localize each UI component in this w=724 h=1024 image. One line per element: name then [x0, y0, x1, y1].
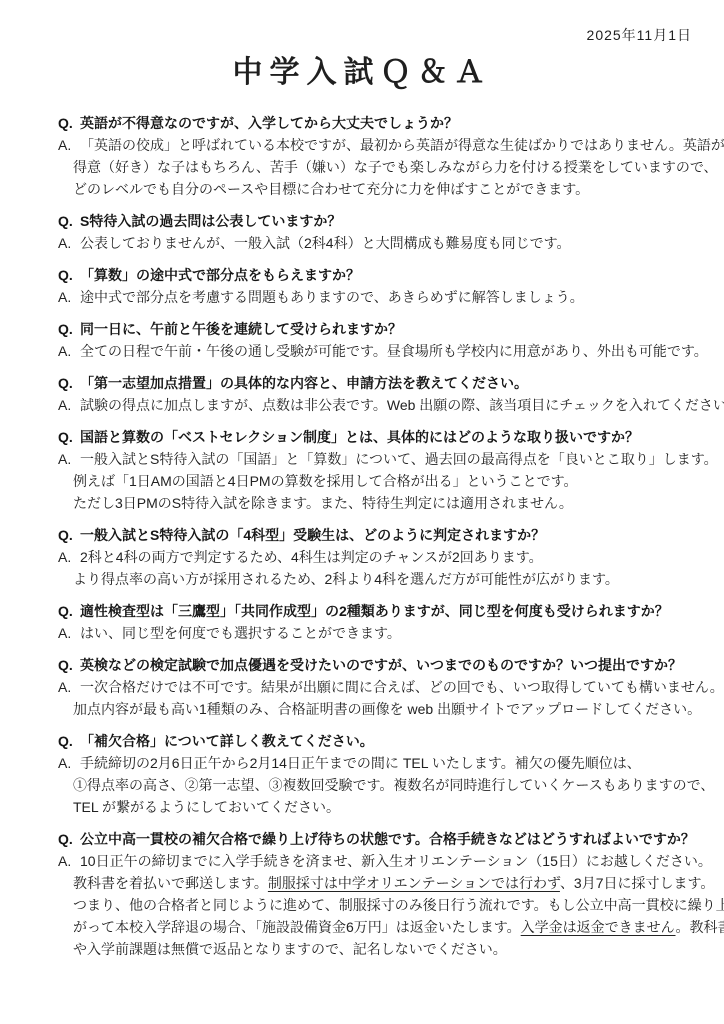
qa-block: Q. 国語と算数の「ベストセレクション制度」とは、具体的にはどのような取り扱いで… — [58, 426, 700, 514]
answer-line: や入学前課題は無償で返品となりますので、記名しないでください。 — [58, 938, 700, 960]
answer-line: どのレベルでも自分のペースや目標に合わせて充分に力を伸ばすことができます。 — [58, 178, 700, 200]
answer-text: 。教科書 — [676, 919, 724, 935]
answer-line: A.全ての日程で午前・午後の通し受験が可能です。昼食場所も学校内に用意があり、外… — [58, 340, 700, 362]
question-label: Q. — [58, 600, 73, 622]
question-label: Q. — [58, 828, 73, 850]
answer-text: より得点率の高い方が採用されるため、2科より4科を選んだ方が可能性が広がります。 — [73, 571, 619, 587]
answer-text: 教科書を着払いで郵送します。 — [73, 875, 268, 891]
qa-block: Q. 一般入試とS特待入試の「4科型」受験生は、どのように判定されますか？ A.… — [58, 524, 700, 590]
answer-line: A.「英語の佼成」と呼ばれている本校ですが、最初から英語が得意な生徒ばかりではあ… — [58, 134, 700, 156]
answer-line: ただし3日PMのS特待入試を除きます。また、特待生判定には適用されません。 — [58, 492, 700, 514]
answer-label: A. — [58, 340, 71, 362]
answer-line: 得意（好き）な子はもちろん、苦手（嫌い）な子でも楽しみながら力を付ける授業をして… — [58, 156, 700, 178]
qa-block: Q. 適性検査型は「三鷹型」「共同作成型」の2種類ありますが、同じ型を何度も受け… — [58, 600, 700, 644]
answer-label: A. — [58, 676, 71, 698]
answer-line: 教科書を着払いで郵送します。制服採寸は中学オリエンテーションでは行わず、3月7日… — [58, 872, 700, 894]
question-text: 同一日に、午前と午後を連続して受けられますか？ — [80, 321, 402, 337]
answer-text: 公表しておりませんが、一般入試（2科4科）と大問構成も難易度も同じです。 — [80, 235, 570, 251]
qa-block: Q. 同一日に、午前と午後を連続して受けられますか？ A.全ての日程で午前・午後… — [58, 318, 700, 362]
answer-line: A.公表しておりませんが、一般入試（2科4科）と大問構成も難易度も同じです。 — [58, 232, 700, 254]
document-date: 2025年11月1日 — [0, 26, 724, 44]
question-line: Q. 「算数」の途中式で部分点をもらえますか？ — [58, 264, 700, 286]
question-text: 英語が不得意なのですが、入学してから大丈夫でしょうか？ — [80, 115, 458, 131]
answer-line: A.一般入試とS特待入試の「国語」と「算数」について、過去回の最高得点を「良いと… — [58, 448, 700, 470]
question-label: Q. — [58, 210, 73, 232]
answer-text: はい、同じ型を何度でも選択することができます。 — [80, 625, 401, 641]
question-text: 「補欠合格」について詳しく教えてください。 — [80, 733, 374, 749]
question-line: Q. 「第一志望加点措置」の具体的な内容と、申請方法を教えてください。 — [58, 372, 700, 394]
question-line: Q. 同一日に、午前と午後を連続して受けられますか？ — [58, 318, 700, 340]
underlined-text: 制服採寸は中学オリエンテーションでは行わず — [268, 875, 560, 891]
page-title: 中学入試Ｑ＆Ａ — [0, 56, 724, 90]
question-line: Q. 国語と算数の「ベストセレクション制度」とは、具体的にはどのような取り扱いで… — [58, 426, 700, 448]
answer-text: 2科と4科の両方で判定するため、4科生は判定のチャンスが2回あります。 — [80, 549, 543, 565]
answer-line: TEL が繋がるようにしておいてください。 — [58, 796, 700, 818]
answer-text: 手続締切の2月6日正午から2月14日正午までの間に TEL いたします。補欠の優… — [80, 755, 641, 771]
question-line: Q. S特待入試の過去問は公表していますか？ — [58, 210, 700, 232]
answer-line: がって本校入学辞退の場合、「施設設備資金6万円」は返金いたします。入学金は返金で… — [58, 916, 700, 938]
answer-text: 一般入試とS特待入試の「国語」と「算数」について、過去回の最高得点を「良いとこ取… — [80, 451, 718, 467]
answer-text: ①得点率の高さ、②第一志望、③複数回受験です。複数名が同時進行していくケースもあ… — [73, 777, 714, 793]
answer-text: つまり、他の合格者と同じように進めて、制服採寸のみ後日行う流れです。もし公立中高… — [73, 897, 724, 913]
question-text: 適性検査型は「三鷹型」「共同作成型」の2種類ありますが、同じ型を何度も受けられま… — [80, 603, 669, 619]
question-line: Q. 一般入試とS特待入試の「4科型」受験生は、どのように判定されますか？ — [58, 524, 700, 546]
qa-block: Q. 「第一志望加点措置」の具体的な内容と、申請方法を教えてください。 A.試験… — [58, 372, 700, 416]
answer-line: 例えば「1日AMの国語と4日PMの算数を採用して合格が出る」ということです。 — [58, 470, 700, 492]
answer-label: A. — [58, 546, 71, 568]
answer-text: どのレベルでも自分のペースや目標に合わせて充分に力を伸ばすことができます。 — [73, 181, 589, 197]
question-label: Q. — [58, 112, 73, 134]
answer-line: ①得点率の高さ、②第一志望、③複数回受験です。複数名が同時進行していくケースもあ… — [58, 774, 700, 796]
answer-text: 全ての日程で午前・午後の通し受験が可能です。昼食場所も学校内に用意があり、外出も… — [80, 343, 708, 359]
question-line: Q. 適性検査型は「三鷹型」「共同作成型」の2種類ありますが、同じ型を何度も受け… — [58, 600, 700, 622]
qa-block: Q. S特待入試の過去問は公表していますか？ A.公表しておりませんが、一般入試… — [58, 210, 700, 254]
answer-line: A.途中式で部分点を考慮する問題もありますので、あきらめずに解答しましょう。 — [58, 286, 700, 308]
answer-line: A.2科と4科の両方で判定するため、4科生は判定のチャンスが2回あります。 — [58, 546, 700, 568]
question-line: Q. 英検などの検定試験で加点優遇を受けたいのですが、いつまでのものですか？いつ… — [58, 654, 700, 676]
qa-block: Q. 「算数」の途中式で部分点をもらえますか？ A.途中式で部分点を考慮する問題… — [58, 264, 700, 308]
qa-block: Q. 英語が不得意なのですが、入学してから大丈夫でしょうか？ A.「英語の佼成」… — [58, 112, 700, 200]
question-line: Q. 「補欠合格」について詳しく教えてください。 — [58, 730, 700, 752]
qa-block: Q. 公立中高一貫校の補欠合格で繰り上げ待ちの状態です。合格手続きなどはどうすれ… — [58, 828, 700, 960]
question-label: Q. — [58, 372, 73, 394]
answer-text: 試験の得点に加点しますが、点数は非公表です。Web 出願の際、該当項目にチェック… — [80, 397, 724, 413]
question-line: Q. 公立中高一貫校の補欠合格で繰り上げ待ちの状態です。合格手続きなどはどうすれ… — [58, 828, 700, 850]
answer-line: A.試験の得点に加点しますが、点数は非公表です。Web 出願の際、該当項目にチェ… — [58, 394, 700, 416]
answer-label: A. — [58, 286, 71, 308]
answer-line: A.手続締切の2月6日正午から2月14日正午までの間に TEL いたします。補欠… — [58, 752, 700, 774]
answer-label: A. — [58, 850, 71, 872]
answer-line: 加点内容が最も高い1種類のみ、合格証明書の画像を web 出願サイトでアップロー… — [58, 698, 700, 720]
question-text: 国語と算数の「ベストセレクション制度」とは、具体的にはどのような取り扱いですか？ — [80, 429, 639, 445]
question-text: 「算数」の途中式で部分点をもらえますか？ — [80, 267, 360, 283]
question-label: Q. — [58, 318, 73, 340]
qa-block: Q. 「補欠合格」について詳しく教えてください。 A.手続締切の2月6日正午から… — [58, 730, 700, 818]
answer-label: A. — [58, 448, 71, 470]
answer-label: A. — [58, 394, 71, 416]
answer-label: A. — [58, 622, 71, 644]
answer-label: A. — [58, 134, 71, 156]
question-text: 公立中高一貫校の補欠合格で繰り上げ待ちの状態です。合格手続きなどはどうすればよい… — [80, 831, 695, 847]
answer-line: A.一次合格だけでは不可です。結果が出願に間に合えば、どの回でも、いつ取得してい… — [58, 676, 700, 698]
answer-text: 例えば「1日AMの国語と4日PMの算数を採用して合格が出る」ということです。 — [73, 473, 577, 489]
qa-list: Q. 英語が不得意なのですが、入学してから大丈夫でしょうか？ A.「英語の佼成」… — [58, 112, 700, 960]
answer-text: 、3月7日に採寸します。 — [560, 875, 714, 891]
question-line: Q. 英語が不得意なのですが、入学してから大丈夫でしょうか？ — [58, 112, 700, 134]
question-text: S特待入試の過去問は公表していますか？ — [80, 213, 341, 229]
answer-text: TEL が繋がるようにしておいてください。 — [73, 799, 340, 815]
answer-line: より得点率の高い方が採用されるため、2科より4科を選んだ方が可能性が広がります。 — [58, 568, 700, 590]
answer-text: ただし3日PMのS特待入試を除きます。また、特待生判定には適用されません。 — [73, 495, 573, 511]
question-text: 一般入試とS特待入試の「4科型」受験生は、どのように判定されますか？ — [80, 527, 545, 543]
question-label: Q. — [58, 654, 73, 676]
answer-text: や入学前課題は無償で返品となりますので、記名しないでください。 — [73, 941, 507, 957]
answer-text: 得意（好き）な子はもちろん、苦手（嫌い）な子でも楽しみながら力を付ける授業をして… — [73, 159, 718, 175]
answer-line: A.10日正午の締切までに入学手続きを済ませ、新入生オリエンテーション（15日）… — [58, 850, 700, 872]
question-label: Q. — [58, 426, 73, 448]
answer-text: 「英語の佼成」と呼ばれている本校ですが、最初から英語が得意な生徒ばかりではありま… — [80, 137, 724, 153]
question-text: 英検などの検定試験で加点優遇を受けたいのですが、いつまでのものですか？いつ提出で… — [80, 657, 682, 673]
question-label: Q. — [58, 264, 73, 286]
answer-line: つまり、他の合格者と同じように進めて、制服採寸のみ後日行う流れです。もし公立中高… — [58, 894, 700, 916]
answer-line: A.はい、同じ型を何度でも選択することができます。 — [58, 622, 700, 644]
answer-text: がって本校入学辞退の場合、「施設設備資金6万円」は返金いたします。 — [73, 919, 521, 935]
answer-text: 加点内容が最も高い1種類のみ、合格証明書の画像を web 出願サイトでアップロー… — [73, 701, 701, 717]
document-page: 2025年11月1日 中学入試Ｑ＆Ａ Q. 英語が不得意なのですが、入学してから… — [0, 0, 724, 1024]
qa-block: Q. 英検などの検定試験で加点優遇を受けたいのですが、いつまでのものですか？いつ… — [58, 654, 700, 720]
question-text: 「第一志望加点措置」の具体的な内容と、申請方法を教えてください。 — [80, 375, 528, 391]
question-label: Q. — [58, 524, 73, 546]
answer-label: A. — [58, 232, 71, 254]
question-label: Q. — [58, 730, 73, 752]
answer-text: 一次合格だけでは不可です。結果が出願に間に合えば、どの回でも、いつ取得していても… — [80, 679, 724, 695]
answer-label: A. — [58, 752, 71, 774]
answer-text: 10日正午の締切までに入学手続きを済ませ、新入生オリエンテーション（15日）にお… — [80, 853, 712, 869]
underlined-text: 入学金は返金できません — [521, 919, 676, 935]
answer-text: 途中式で部分点を考慮する問題もありますので、あきらめずに解答しましょう。 — [80, 289, 584, 305]
